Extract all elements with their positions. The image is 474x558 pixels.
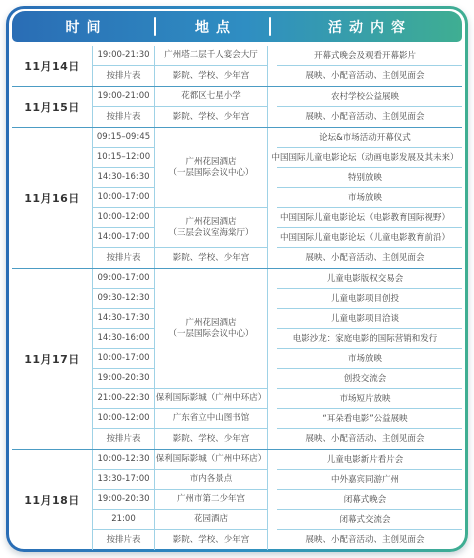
location-line: 花园酒店 bbox=[194, 514, 228, 525]
location-line: 广州塔二层千人宴会大厅 bbox=[164, 50, 258, 61]
activity-cell: 儿童电影项目洽谈 bbox=[268, 309, 462, 329]
location-cell: 花都区七星小学 bbox=[155, 87, 268, 107]
activity-cell: 论坛&市场活动开幕仪式 bbox=[268, 128, 462, 148]
location-cell: 影院、学校、少年宫 bbox=[155, 530, 268, 550]
activity-cell: 闭幕式交流会 bbox=[268, 510, 462, 530]
time-cell: 21:00-22:30 bbox=[93, 389, 155, 409]
activity-cell: 市场放映 bbox=[268, 188, 462, 208]
time-cell: 10:00-17:00 bbox=[93, 188, 155, 208]
activity-cell: 展映、小配音活动、主创见面会 bbox=[268, 530, 462, 550]
location-cell: 保利国际影城（广州中环店） bbox=[155, 389, 268, 409]
time-cell: 按排片表 bbox=[93, 530, 155, 550]
time-cell: 10:00-12:30 bbox=[93, 450, 155, 470]
time-cell: 19:00-21:30 bbox=[93, 46, 155, 66]
time-cell: 10:15–12:00 bbox=[93, 148, 155, 168]
location-line: （一层国际会议中心） bbox=[168, 329, 253, 340]
date-label: 11月15日 bbox=[12, 87, 93, 127]
time-cell: 14:30-16:30 bbox=[93, 168, 155, 188]
location-line: 广州花园酒店 bbox=[185, 157, 236, 168]
location-line: 市内各景点 bbox=[190, 474, 233, 485]
activity-cell: 电影沙龙：家庭电影的国际营销和发行 bbox=[268, 329, 462, 349]
date-group: 11月17日09:00-17:00儿童电影版权交易会09:30-12:30儿童电… bbox=[12, 268, 462, 449]
activity-cell: 展映、小配音活动、主创见面会 bbox=[268, 66, 462, 86]
location-cell: 市内各景点 bbox=[155, 470, 268, 490]
activity-cell: 展映、小配音活动、主创见面会 bbox=[268, 107, 462, 127]
header-place-label: 地点 bbox=[156, 17, 269, 37]
schedule-body: 11月14日19:00-21:30开幕式晚会及观看开幕影片按排片表展映、小配音活… bbox=[12, 44, 462, 550]
location-cell: 影院、学校、少年宫 bbox=[155, 429, 268, 449]
location-line: 花都区七星小学 bbox=[181, 91, 241, 102]
date-group: 11月15日19:00-21:00农村学校公益展映按排片表展映、小配音活动、主创… bbox=[12, 86, 462, 127]
activity-cell: 中国国际儿童电影论坛（动画电影发展及其未来） bbox=[268, 148, 462, 168]
location-cell: 广东省立中山图书馆 bbox=[155, 409, 268, 429]
header-time-label: 时间 bbox=[12, 17, 154, 37]
location-cell: 广州塔二层千人宴会大厅 bbox=[155, 46, 268, 66]
activity-cell: 创投交流会 bbox=[268, 369, 462, 389]
time-cell: 按排片表 bbox=[93, 107, 155, 127]
time-cell: 按排片表 bbox=[93, 248, 155, 268]
activity-cell: 中外嘉宾同游广州 bbox=[268, 470, 462, 490]
time-cell: 09:15–09:45 bbox=[93, 128, 155, 148]
time-cell: 10:00-12:00 bbox=[93, 409, 155, 429]
activity-cell: 特别放映 bbox=[268, 168, 462, 188]
activity-cell: 展映、小配音活动、主创见面会 bbox=[268, 429, 462, 449]
location-cell: 广州花园酒店（一层国际会议中心） bbox=[155, 269, 268, 389]
date-label: 11月18日 bbox=[12, 450, 93, 550]
location-cell: 影院、学校、少年宫 bbox=[155, 248, 268, 268]
location-cell: 影院、学校、少年宫 bbox=[155, 107, 268, 127]
time-cell: 14:00-17:00 bbox=[93, 228, 155, 248]
location-line: 保利国际影城（广州中环店） bbox=[156, 393, 267, 404]
group-grid: 19:00-21:30开幕式晚会及观看开幕影片按排片表展映、小配音活动、主创见面… bbox=[93, 46, 462, 86]
location-line: 影院、学校、少年宫 bbox=[173, 535, 250, 546]
group-grid: 10:00-12:30儿童电影新片看片会13:30-17:00中外嘉宾同游广州1… bbox=[93, 450, 462, 550]
location-cell: 广州花园酒店（三层会议室海棠厅） bbox=[155, 208, 268, 248]
time-cell: 14:30-16:00 bbox=[93, 329, 155, 349]
time-cell: 19:00-20:30 bbox=[93, 369, 155, 389]
activity-cell: 开幕式晚会及观看开幕影片 bbox=[268, 46, 462, 66]
time-cell: 09:30-12:30 bbox=[93, 289, 155, 309]
date-group: 11月18日10:00-12:30儿童电影新片看片会13:30-17:00中外嘉… bbox=[12, 449, 462, 550]
time-cell: 按排片表 bbox=[93, 66, 155, 86]
date-group: 11月14日19:00-21:30开幕式晚会及观看开幕影片按排片表展映、小配音活… bbox=[12, 46, 462, 86]
location-line: 广州花园酒店 bbox=[185, 318, 236, 329]
location-line: 影院、学校、少年宫 bbox=[173, 112, 250, 123]
activity-cell: 农村学校公益展映 bbox=[268, 87, 462, 107]
activity-cell: 闭幕式晚会 bbox=[268, 490, 462, 510]
location-cell: 花园酒店 bbox=[155, 510, 268, 530]
time-cell: 21:00 bbox=[93, 510, 155, 530]
group-grid: 09:00-17:00儿童电影版权交易会09:30-12:30儿童电影项目创投1… bbox=[93, 269, 462, 449]
time-cell: 13:30-17:00 bbox=[93, 470, 155, 490]
date-group: 11月16日09:15–09:45论坛&市场活动开幕仪式10:15–12:00中… bbox=[12, 127, 462, 268]
time-cell: 14:30-17:30 bbox=[93, 309, 155, 329]
location-cell: 保利国际影城（广州中环店） bbox=[155, 450, 268, 470]
location-line: 广州市第二少年宫 bbox=[177, 494, 245, 505]
location-line: 影院、学校、少年宫 bbox=[173, 434, 250, 445]
location-line: 保利国际影城（广州中环店） bbox=[156, 454, 267, 465]
location-line: 广东省立中山图书馆 bbox=[173, 413, 250, 424]
location-line: 影院、学校、少年宫 bbox=[173, 253, 250, 264]
table-inner: 时间 地点 活动内容 11月14日19:00-21:30开幕式晚会及观看开幕影片… bbox=[9, 9, 465, 549]
activity-cell: 市场短片放映 bbox=[268, 389, 462, 409]
time-cell: 09:00-17:00 bbox=[93, 269, 155, 289]
time-cell: 10:00-17:00 bbox=[93, 349, 155, 369]
location-line: 广州花园酒店 bbox=[185, 217, 236, 228]
activity-cell: 儿童电影项目创投 bbox=[268, 289, 462, 309]
date-label: 11月14日 bbox=[12, 46, 93, 86]
location-line: （一层国际会议中心） bbox=[168, 168, 253, 179]
group-grid: 09:15–09:45论坛&市场活动开幕仪式10:15–12:00中国国际儿童电… bbox=[93, 128, 462, 268]
header-activity-label: 活动内容 bbox=[271, 17, 462, 37]
location-cell: 广州花园酒店（一层国际会议中心） bbox=[155, 128, 268, 208]
activity-cell: 市场放映 bbox=[268, 349, 462, 369]
header-row: 时间 地点 活动内容 bbox=[12, 11, 462, 42]
time-cell: 19:00-20:30 bbox=[93, 490, 155, 510]
date-label: 11月17日 bbox=[12, 269, 93, 449]
location-line: 影院、学校、少年宫 bbox=[173, 71, 250, 82]
activity-cell: 儿童电影版权交易会 bbox=[268, 269, 462, 289]
activity-cell: 中国国际儿童电影论坛（儿童电影教育前沿） bbox=[268, 228, 462, 248]
location-cell: 影院、学校、少年宫 bbox=[155, 66, 268, 86]
activity-cell: 儿童电影新片看片会 bbox=[268, 450, 462, 470]
time-cell: 按排片表 bbox=[93, 429, 155, 449]
schedule-table: 时间 地点 活动内容 11月14日19:00-21:30开幕式晚会及观看开幕影片… bbox=[6, 6, 468, 552]
date-label: 11月16日 bbox=[12, 128, 93, 268]
activity-cell: “耳朵看电影”公益展映 bbox=[268, 409, 462, 429]
activity-cell: 展映、小配音活动、主创见面会 bbox=[268, 248, 462, 268]
activity-cell: 中国国际儿童电影论坛（电影教育国际视野） bbox=[268, 208, 462, 228]
time-cell: 10:00-12:00 bbox=[93, 208, 155, 228]
location-line: （三层会议室海棠厅） bbox=[168, 228, 253, 239]
location-cell: 广州市第二少年宫 bbox=[155, 490, 268, 510]
time-cell: 19:00-21:00 bbox=[93, 87, 155, 107]
group-grid: 19:00-21:00农村学校公益展映按排片表展映、小配音活动、主创见面会花都区… bbox=[93, 87, 462, 127]
